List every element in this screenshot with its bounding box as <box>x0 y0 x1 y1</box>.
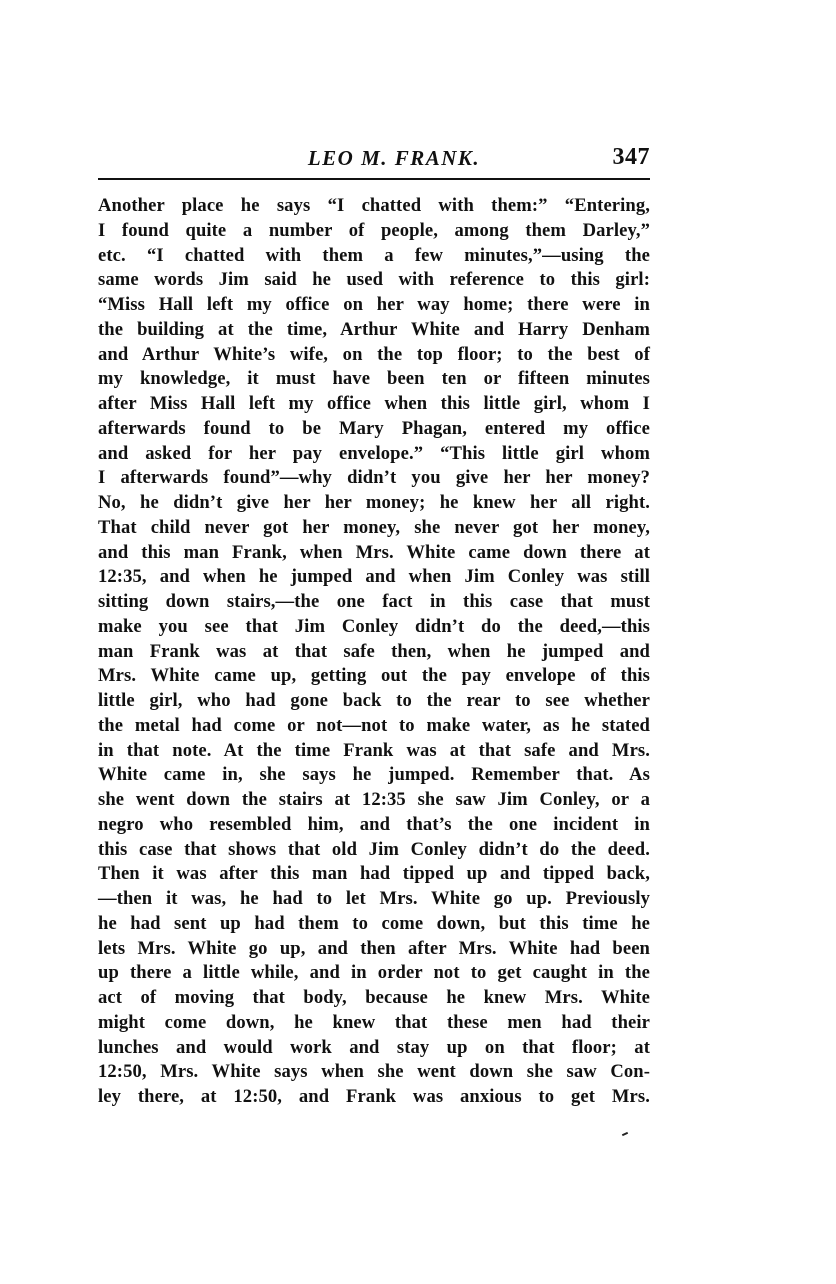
text-line: might come down, he knew that these men … <box>98 1011 650 1036</box>
text-line: lets Mrs. White go up, and then after Mr… <box>98 937 650 962</box>
text-line: in that note. At the time Frank was at t… <box>98 739 650 764</box>
page-number: 347 <box>613 144 651 171</box>
text-line: and Arthur White’s wife, on the top floo… <box>98 343 650 368</box>
text-line: little girl, who had gone back to the re… <box>98 689 650 714</box>
text-line: my knowledge, it must have been ten or f… <box>98 367 650 392</box>
running-head: LEO M. FRANK. 347 <box>98 140 650 178</box>
text-line: 12:50, Mrs. White says when she went dow… <box>98 1060 650 1085</box>
text-line: same words Jim said he used with referen… <box>98 268 650 293</box>
text-line: he had sent up had them to come down, bu… <box>98 912 650 937</box>
text-line: “Miss Hall left my office on her way hom… <box>98 293 650 318</box>
body-text: Another place he says “I chatted with th… <box>98 194 650 1110</box>
text-line: White came in, she says he jumped. Remem… <box>98 763 650 788</box>
text-line: and this man Frank, when Mrs. White came… <box>98 541 650 566</box>
text-line: lunches and would work and stay up on th… <box>98 1036 650 1061</box>
text-line: I found quite a number of people, among … <box>98 219 650 244</box>
text-line: That child never got her money, she neve… <box>98 516 650 541</box>
text-line: after Miss Hall left my office when this… <box>98 392 650 417</box>
text-line: afterwards found to be Mary Phagan, ente… <box>98 417 650 442</box>
text-line: Mrs. White came up, getting out the pay … <box>98 664 650 689</box>
text-line: negro who resembled him, and that’s the … <box>98 813 650 838</box>
text-line: Another place he says “I chatted with th… <box>98 194 650 219</box>
text-line: I afterwards found”—why didn’t you give … <box>98 466 650 491</box>
header-rule <box>98 178 650 180</box>
text-line: ley there, at 12:50, and Frank was anxio… <box>98 1085 650 1110</box>
book-page: LEO M. FRANK. 347 Another place he says … <box>98 140 650 1110</box>
text-line: man Frank was at that safe then, when he… <box>98 640 650 665</box>
text-line: —then it was, he had to let Mrs. White g… <box>98 887 650 912</box>
text-line: and asked for her pay envelope.” “This l… <box>98 442 650 467</box>
text-line: etc. “I chatted with them a few minutes,… <box>98 244 650 269</box>
text-line: this case that shows that old Jim Conley… <box>98 838 650 863</box>
text-line: No, he didn’t give her her money; he kne… <box>98 491 650 516</box>
text-line: she went down the stairs at 12:35 she sa… <box>98 788 650 813</box>
text-line: the building at the time, Arthur White a… <box>98 318 650 343</box>
running-title: LEO M. FRANK. <box>98 146 650 171</box>
text-line: the metal had come or not—not to make wa… <box>98 714 650 739</box>
text-line: make you see that Jim Conley didn’t do t… <box>98 615 650 640</box>
scan-artifact-mark <box>622 1132 628 1136</box>
text-line: 12:35, and when he jumped and when Jim C… <box>98 565 650 590</box>
text-line: act of moving that body, because he knew… <box>98 986 650 1011</box>
text-line: Then it was after this man had tipped up… <box>98 862 650 887</box>
text-line: up there a little while, and in order no… <box>98 961 650 986</box>
text-line: sitting down stairs,—the one fact in thi… <box>98 590 650 615</box>
